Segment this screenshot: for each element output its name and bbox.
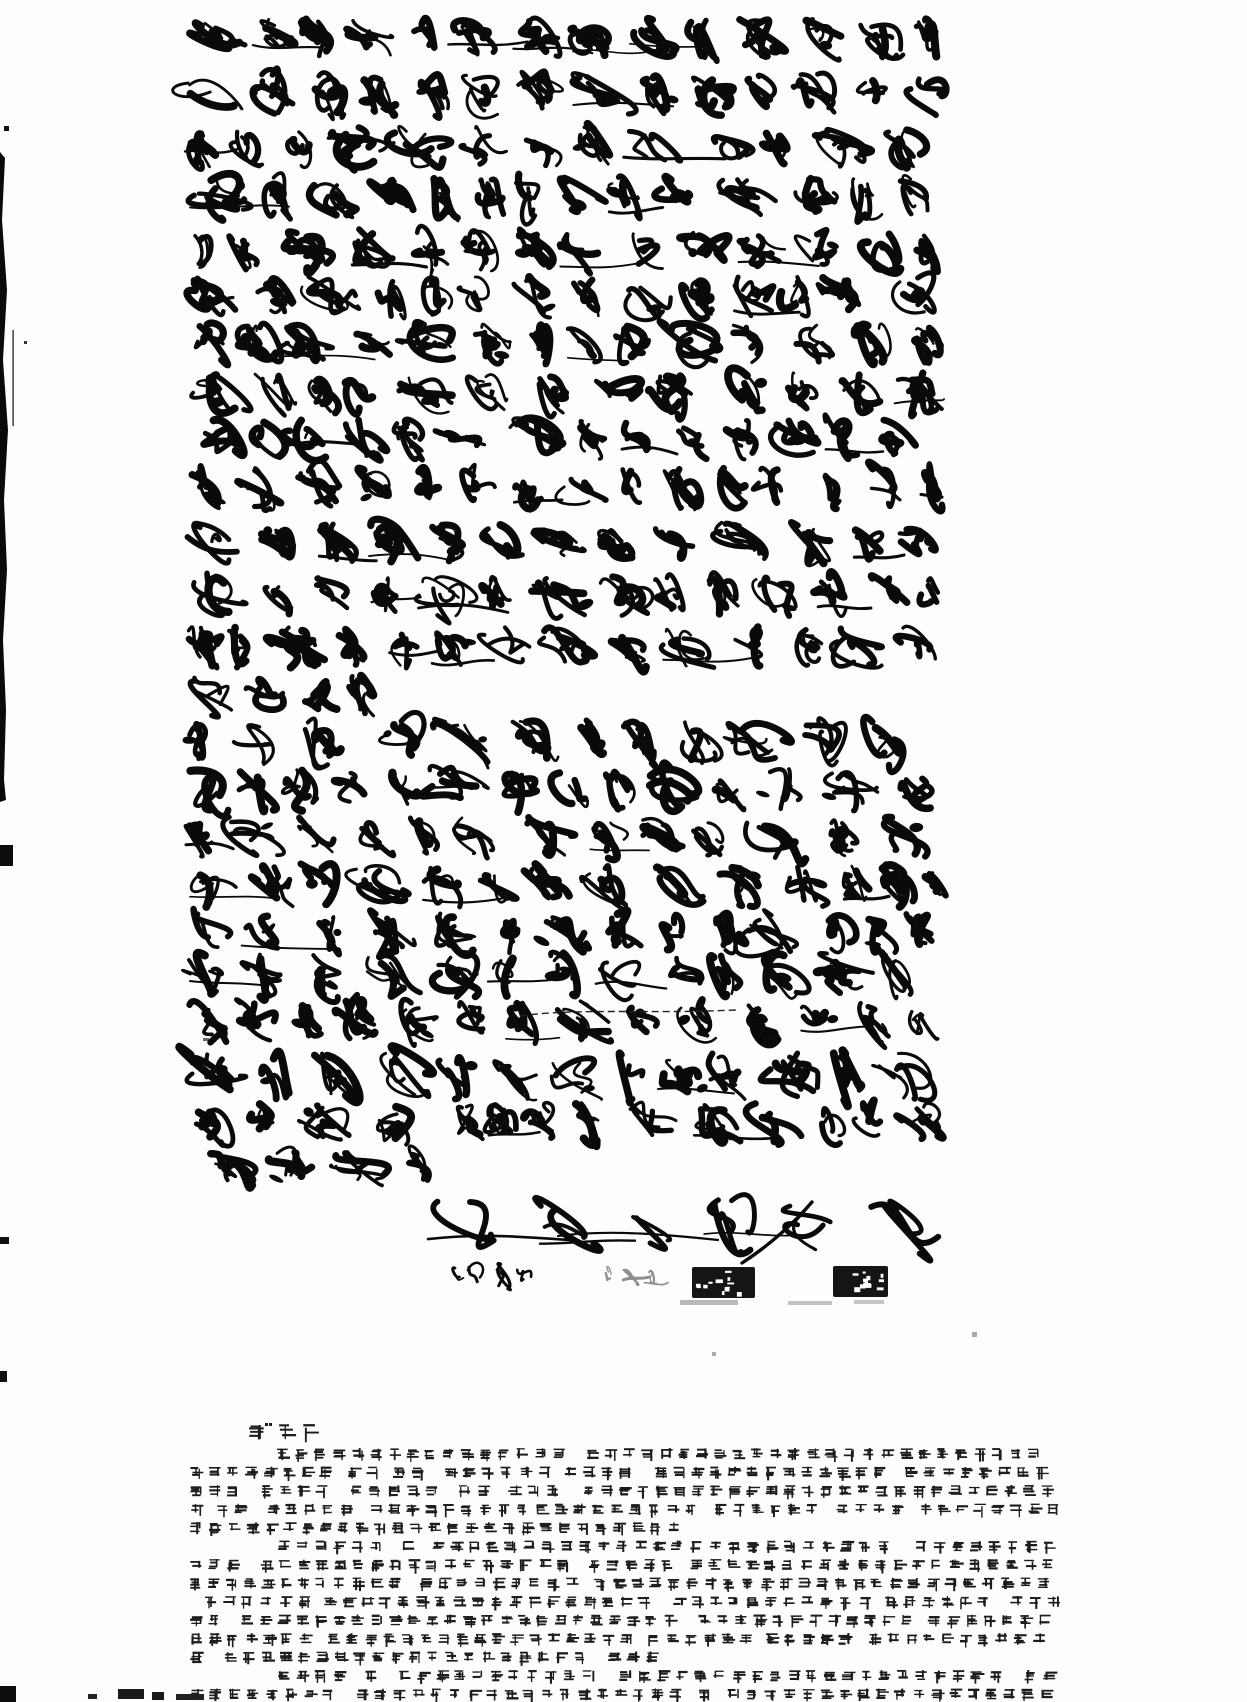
calligraphy-row (173, 68, 946, 120)
scan-speck (0, 1237, 9, 1244)
scan-line-artifact (12, 330, 13, 426)
date-scribble (453, 1263, 532, 1290)
calligraphy-row (204, 415, 916, 461)
calligraphy-row (191, 368, 944, 420)
left-edge-scan-streak (0, 152, 8, 802)
calligraphy-row (196, 321, 942, 367)
calligraphy-row (192, 460, 942, 511)
scan-speck (0, 1371, 7, 1382)
scan-speck (24, 341, 27, 344)
faint-scribble (606, 1267, 668, 1285)
transcription-line (205, 1596, 1060, 1611)
calligraphy-row (190, 763, 932, 816)
scan-speck (972, 1332, 977, 1337)
calligraphy-row (188, 173, 927, 224)
scan-speck (176, 1694, 204, 1700)
calligraphy-row (190, 18, 940, 61)
scanned-page (0, 0, 1247, 1702)
transcription-line (191, 1504, 1058, 1518)
seal-1 (692, 1267, 755, 1298)
transcription-line (191, 1633, 1044, 1648)
scan-speck (788, 1301, 832, 1305)
transcription-line (190, 1522, 679, 1536)
seal-2 (833, 1266, 888, 1297)
calligraphy-row (189, 626, 936, 671)
scan-artifacts (0, 126, 977, 1702)
scan-speck (712, 1352, 716, 1356)
calligraphy-row (196, 1100, 942, 1146)
calligraphy-row (195, 226, 938, 277)
transcription-block (190, 1423, 1060, 1702)
transcription-line (278, 1541, 1055, 1555)
calligraphy-row (185, 123, 927, 171)
scan-speck (152, 1692, 164, 1700)
scan-speck (118, 1689, 144, 1699)
transcription-heading (249, 1423, 319, 1442)
calligraphy-row (179, 1046, 934, 1106)
signature-scribble (428, 1195, 938, 1263)
scan-speck (680, 1300, 738, 1305)
scan-speck (0, 1686, 16, 1702)
transcription-line (190, 1467, 1048, 1482)
transcription-line (190, 1485, 1054, 1499)
transcription-line (190, 1559, 1052, 1574)
transcription-line (190, 1578, 1049, 1593)
transcription-line (277, 1448, 1038, 1462)
calligraphy-row (186, 817, 928, 863)
calligraphy-row (193, 572, 937, 624)
transcription-line (190, 1615, 1051, 1629)
transcription-line (190, 1652, 658, 1666)
scan-speck (0, 845, 13, 866)
scan-speck (88, 1694, 97, 1699)
calligraphy-row (182, 952, 911, 1002)
calligraphy-row (190, 864, 946, 909)
calligraphy-row (190, 995, 938, 1048)
calligraphy-row (190, 676, 373, 717)
calligraphy-artwork (173, 18, 946, 1188)
scan-speck (854, 1300, 884, 1304)
transcription-line (191, 1689, 1053, 1702)
transcription-line (278, 1670, 1057, 1684)
calligraphy-row (185, 712, 903, 772)
scan-speck (4, 126, 9, 131)
calligraphy-row (188, 519, 936, 566)
calligraphy-row (211, 1146, 429, 1188)
artwork-canvas (0, 0, 1247, 1702)
calligraphy-row (187, 273, 934, 320)
